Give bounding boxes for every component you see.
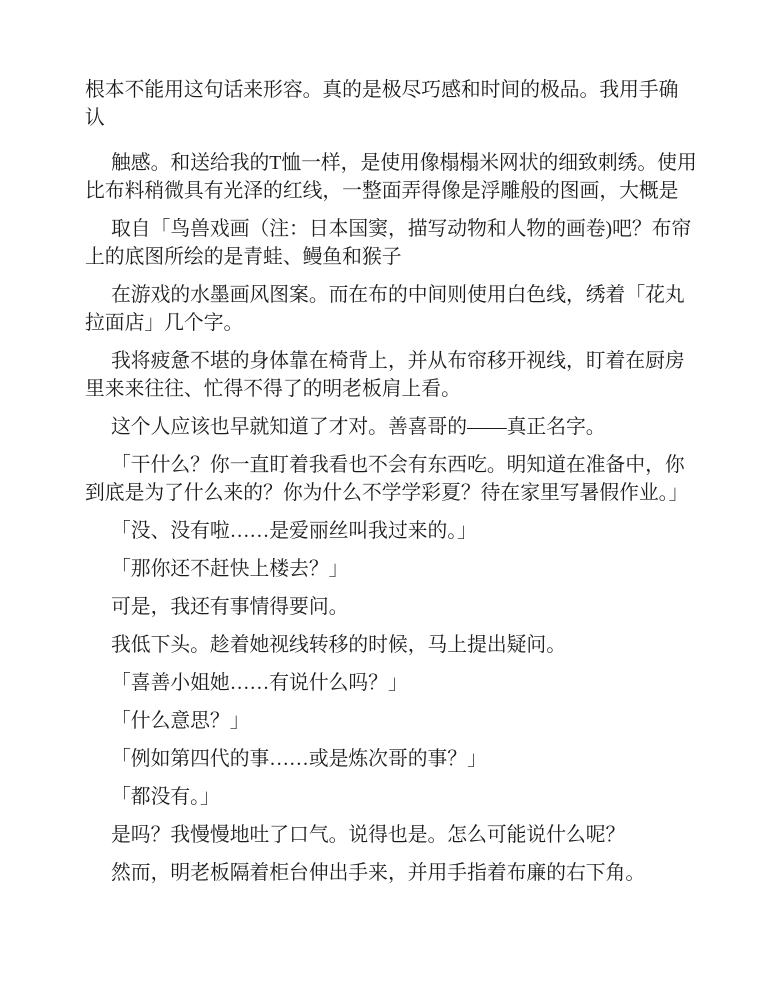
text-paragraph: 「那你还不赶快上楼去？」 [85,555,698,583]
text-paragraph: 「喜善小姐她……有说什么吗？」 [85,669,698,697]
text-paragraph: 「都没有。」 [85,783,698,811]
text-paragraph: 触感。和送给我的T恤一样，是使用像榻榻米网状的细致刺绣。使用比布料稍微具有光泽的… [85,149,698,205]
text-paragraph: 我将疲惫不堪的身体靠在椅背上，并从布帘移开视线，盯着在厨房里来来往往、忙得不得了… [85,347,698,403]
text-paragraph: 「什么意思？」 [85,707,698,735]
text-paragraph: 取自「鸟兽戏画（注：日本国窦，描写动物和人物的画卷)吧？布帘上的底图所绘的是青蛙… [85,215,698,271]
text-paragraph: 「没、没有啦……是爱丽丝叫我过来的。」 [85,517,698,545]
text-paragraph: 是吗？我慢慢地吐了口气。说得也是。怎么可能说什么呢？ [85,821,698,849]
document-page: 根本不能用这句话来形容。真的是极尽巧感和时间的极品。我用手确认 触感。和送给我的… [85,76,698,897]
text-paragraph: 可是，我还有事情得要问。 [85,593,698,621]
text-paragraph: 这个人应该也早就知道了才对。善喜哥的——真正名字。 [85,413,698,441]
text-paragraph: 我低下头。趁着她视线转移的时候，马上提出疑问。 [85,631,698,659]
text-paragraph: 「例如第四代的事……或是炼次哥的事？」 [85,745,698,773]
text-paragraph: 然而，明老板隔着柜台伸出手来，并用手指着布廉的右下角。 [85,859,698,887]
text-paragraph: 在游戏的水墨画风图案。而在布的中间则使用白色线，绣着「花丸拉面店」几个字。 [85,281,698,337]
text-paragraph: 根本不能用这句话来形容。真的是极尽巧感和时间的极品。我用手确认 [85,76,698,132]
text-paragraph: 「干什么？你一直盯着我看也不会有东西吃。明知道在准备中，你到底是为了什么来的？你… [85,451,698,507]
